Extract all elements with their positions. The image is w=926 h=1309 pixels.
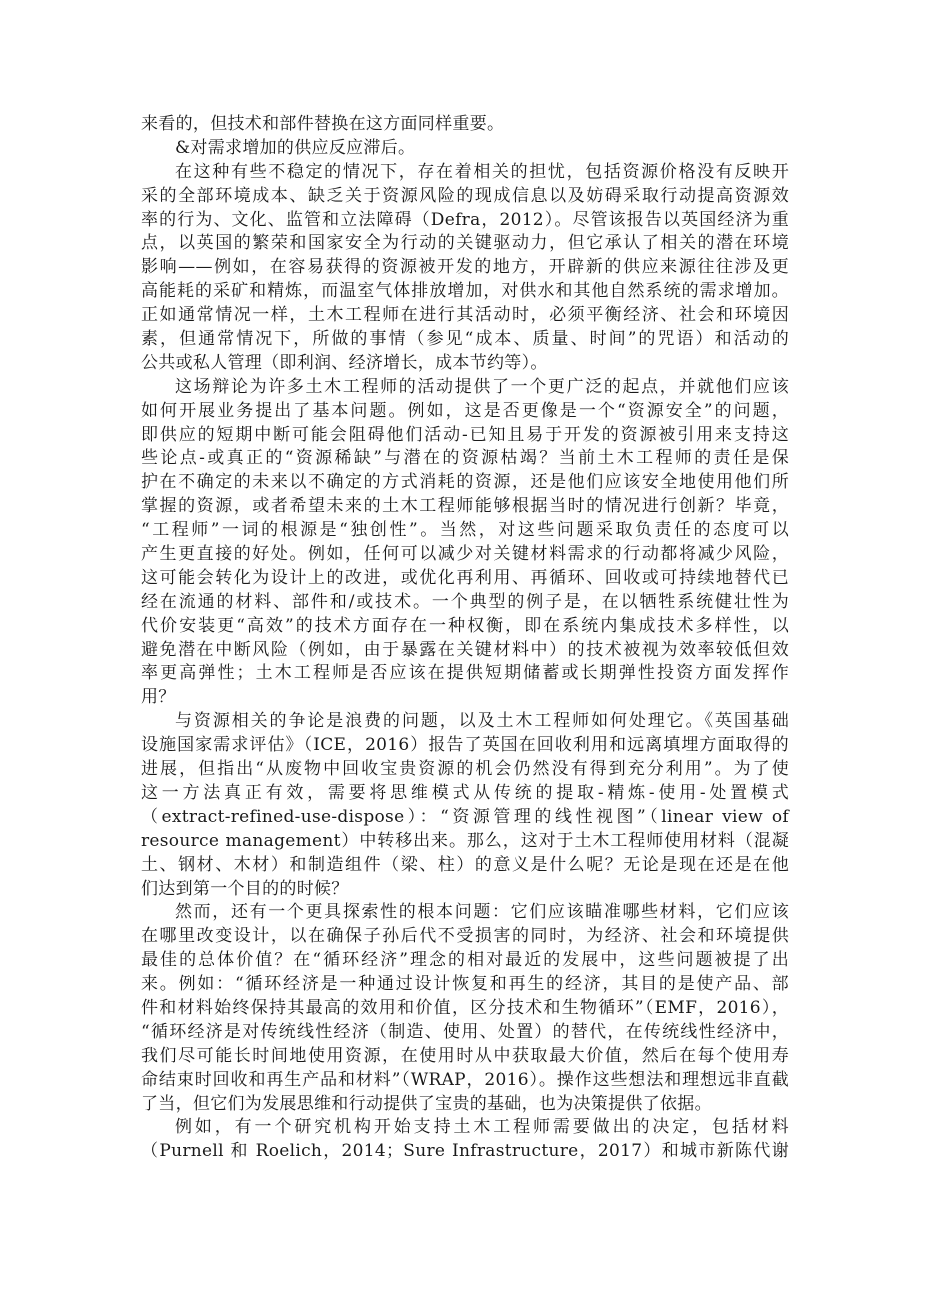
text-line: 即供应的短期中断可能会阻碍他们活动-已知且易于开发的资源被引用来支持这 — [141, 424, 789, 448]
text-line: &对需求增加的供应反应滞后。 — [141, 137, 789, 161]
text-line: resource management）中转移出来。那么，这对于土木工程师使用材… — [141, 830, 789, 854]
text-line: （Purnell 和 Roelich，2014；Sure Infrastruct… — [141, 1140, 789, 1164]
text-line: 在哪里改变设计，以在确保子孙后代不受损害的同时，为经济、社会和环境提供 — [141, 925, 789, 949]
text-line: 用？ — [141, 686, 789, 710]
text-line: 采的全部环境成本、缺乏关于资源风险的现成信息以及妨碍采取行动提高资源效 — [141, 185, 789, 209]
paragraph: 与资源相关的争论是浪费的问题，以及土木工程师如何处理它。《英国基础 设施国家需求… — [141, 710, 789, 901]
text-line: 最佳的总体价值？在“循环经济”理念的相对最近的发展中，这些问题被提了出 — [141, 949, 789, 973]
text-line: 掌握的资源，或者希望未来的土木工程师能够根据当时的情况进行创新？毕竟， — [141, 495, 789, 519]
text-line: 命结束时回收和再生产品和材料”（WRAP，2016）。操作这些想法和理想远非直截 — [141, 1069, 789, 1093]
paragraph: 这场辩论为许多土木工程师的活动提供了一个更广泛的起点，并就他们应该 如何开展业务… — [141, 376, 789, 710]
text-line: 来。例如：“循环经济是一种通过设计恢复和再生的经济，其目的是使产品、部 — [141, 973, 789, 997]
text-line: 进展，但指出“从废物中回收宝贵资源的机会仍然没有得到充分利用”。为了使 — [141, 758, 789, 782]
text-line: 正如通常情况一样，土木工程师在进行其活动时，必须平衡经济、社会和环境因 — [141, 304, 789, 328]
text-line: 了当，但它们为发展思维和行动提供了宝贵的基础，也为决策提供了依据。 — [141, 1093, 789, 1117]
text-line: 经在流通的材料、部件和/或技术。一个典型的例子是，在以牺牲系统健壮性为 — [141, 591, 789, 615]
text-line: 来看的，但技术和部件替换在这方面同样重要。 — [141, 113, 789, 137]
text-line: 高能耗的采矿和精炼，而温室气体排放增加，对供水和其他自然系统的需求增加。 — [141, 280, 789, 304]
text-line: 这可能会转化为设计上的改进，或优化再利用、再循环、回收或可持续地替代已 — [141, 567, 789, 591]
paragraph: 然而，还有一个更具探索性的根本问题：它们应该瞄准哪些材料，它们应该 在哪里改变设… — [141, 901, 789, 1116]
text-line: 率的行为、文化、监管和立法障碍（Defra，2012）。尽管该报告以英国经济为重 — [141, 209, 789, 233]
text-line: 我们尽可能长时间地使用资源，在使用时从中获取最大价值，然后在每个使用寿 — [141, 1045, 789, 1069]
text-line: 例如，有一个研究机构开始支持土木工程师需要做出的决定，包括材料 — [141, 1116, 789, 1140]
paragraph: 来看的，但技术和部件替换在这方面同样重要。 — [141, 113, 789, 137]
text-line: 公共或私人管理（即利润、经济增长，成本节约等）。 — [141, 352, 789, 376]
text-line: 在这种有些不稳定的情况下，存在着相关的担忧，包括资源价格没有反映开 — [141, 161, 789, 185]
text-line: 点，以英国的繁荣和国家安全为行动的关键驱动力，但它承认了相关的潜在环境 — [141, 232, 789, 256]
paragraph: 例如，有一个研究机构开始支持土木工程师需要做出的决定，包括材料 （Purnell… — [141, 1116, 789, 1164]
text-line: 如何开展业务提出了基本问题。例如，这是否更像是一个“资源安全”的问题， — [141, 400, 789, 424]
paragraph: 在这种有些不稳定的情况下，存在着相关的担忧，包括资源价格没有反映开 采的全部环境… — [141, 161, 789, 376]
document-page: 来看的，但技术和部件替换在这方面同样重要。 &对需求增加的供应反应滞后。 在这种… — [141, 113, 789, 1164]
text-line: （extract-refined-use-dispose）：“资源管理的线性视图… — [141, 806, 789, 830]
text-line: 然而，还有一个更具探索性的根本问题：它们应该瞄准哪些材料，它们应该 — [141, 901, 789, 925]
text-line: 护在不确定的未来以不确定的方式消耗的资源，还是他们应该安全地使用他们所 — [141, 471, 789, 495]
paragraph: &对需求增加的供应反应滞后。 — [141, 137, 789, 161]
text-line: 影响——例如，在容易获得的资源被开发的地方，开辟新的供应来源往往涉及更 — [141, 256, 789, 280]
text-line: 这一方法真正有效，需要将思维模式从传统的提取-精炼-使用-处置模式 — [141, 782, 789, 806]
text-line: 率更高弹性；土木工程师是否应该在提供短期储蓄或长期弹性投资方面发挥作 — [141, 662, 789, 686]
text-line: 些论点-或真正的“资源稀缺”与潜在的资源枯竭？当前土木工程师的责任是保 — [141, 447, 789, 471]
text-line: 产生更直接的好处。例如，任何可以减少对关键材料需求的行动都将减少风险， — [141, 543, 789, 567]
text-line: “工程师”一词的根源是“独创性”。当然，对这些问题采取负责任的态度可以 — [141, 519, 789, 543]
text-line: 与资源相关的争论是浪费的问题，以及土木工程师如何处理它。《英国基础 — [141, 710, 789, 734]
text-line: 这场辩论为许多土木工程师的活动提供了一个更广泛的起点，并就他们应该 — [141, 376, 789, 400]
text-line: 代价安装更“高效”的技术方面存在一种权衡，即在系统内集成技术多样性，以 — [141, 615, 789, 639]
text-line: 们达到第一个目的的时候？ — [141, 878, 789, 902]
text-line: 设施国家需求评估》（ICE，2016）报告了英国在回收利用和远离填埋方面取得的 — [141, 734, 789, 758]
text-line: 土、钢材、木材）和制造组件（梁、柱）的意义是什么呢？无论是现在还是在他 — [141, 854, 789, 878]
text-line: 素，但通常情况下，所做的事情（参见“成本、质量、时间”的咒语）和活动的 — [141, 328, 789, 352]
text-line: “循环经济是对传统线性经济（制造、使用、处置）的替代，在传统线性经济中， — [141, 1021, 789, 1045]
text-line: 避免潜在中断风险（例如，由于暴露在关键材料中）的技术被视为效率较低但效 — [141, 639, 789, 663]
text-line: 件和材料始终保持其最高的效用和价值，区分技术和生物循环”（EMF，2016）， — [141, 997, 789, 1021]
